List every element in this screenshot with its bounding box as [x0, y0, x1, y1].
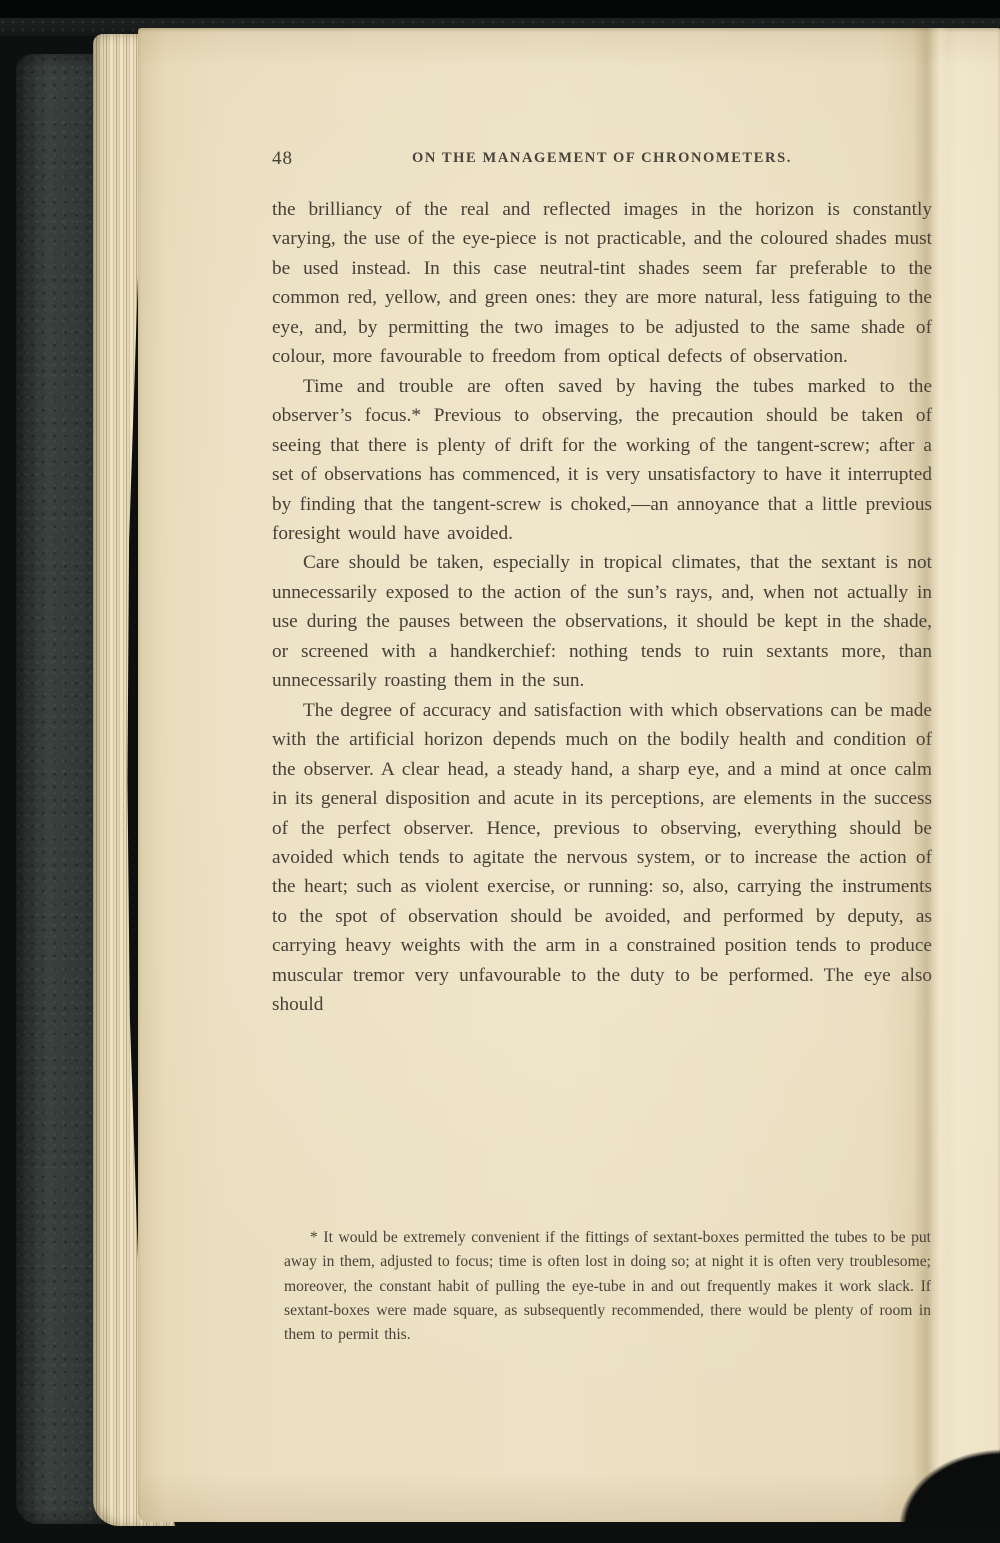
footnote-text: * It would be extremely convenient if th…	[284, 1226, 931, 1347]
running-head: 48 ON THE MANAGEMENT OF CHRONOMETERS.	[272, 148, 932, 172]
running-title: ON THE MANAGEMENT OF CHRONOMETERS.	[272, 150, 932, 167]
book-page: 48 ON THE MANAGEMENT OF CHRONOMETERS. th…	[138, 28, 1000, 1522]
paragraph-4: The degree of accuracy and satisfaction …	[272, 696, 932, 1020]
footnote: * It would be extremely convenient if th…	[284, 1226, 931, 1347]
book-photo: 48 ON THE MANAGEMENT OF CHRONOMETERS. th…	[0, 0, 1000, 1543]
body-text: the brilliancy of the real and reflected…	[272, 195, 932, 1020]
page-content: 48 ON THE MANAGEMENT OF CHRONOMETERS. th…	[272, 28, 932, 1522]
paragraph-2: Time and trouble are often saved by havi…	[272, 372, 932, 549]
paragraph-1: the brilliancy of the real and reflected…	[272, 195, 932, 372]
paragraph-3: Care should be taken, especially in trop…	[272, 548, 932, 695]
